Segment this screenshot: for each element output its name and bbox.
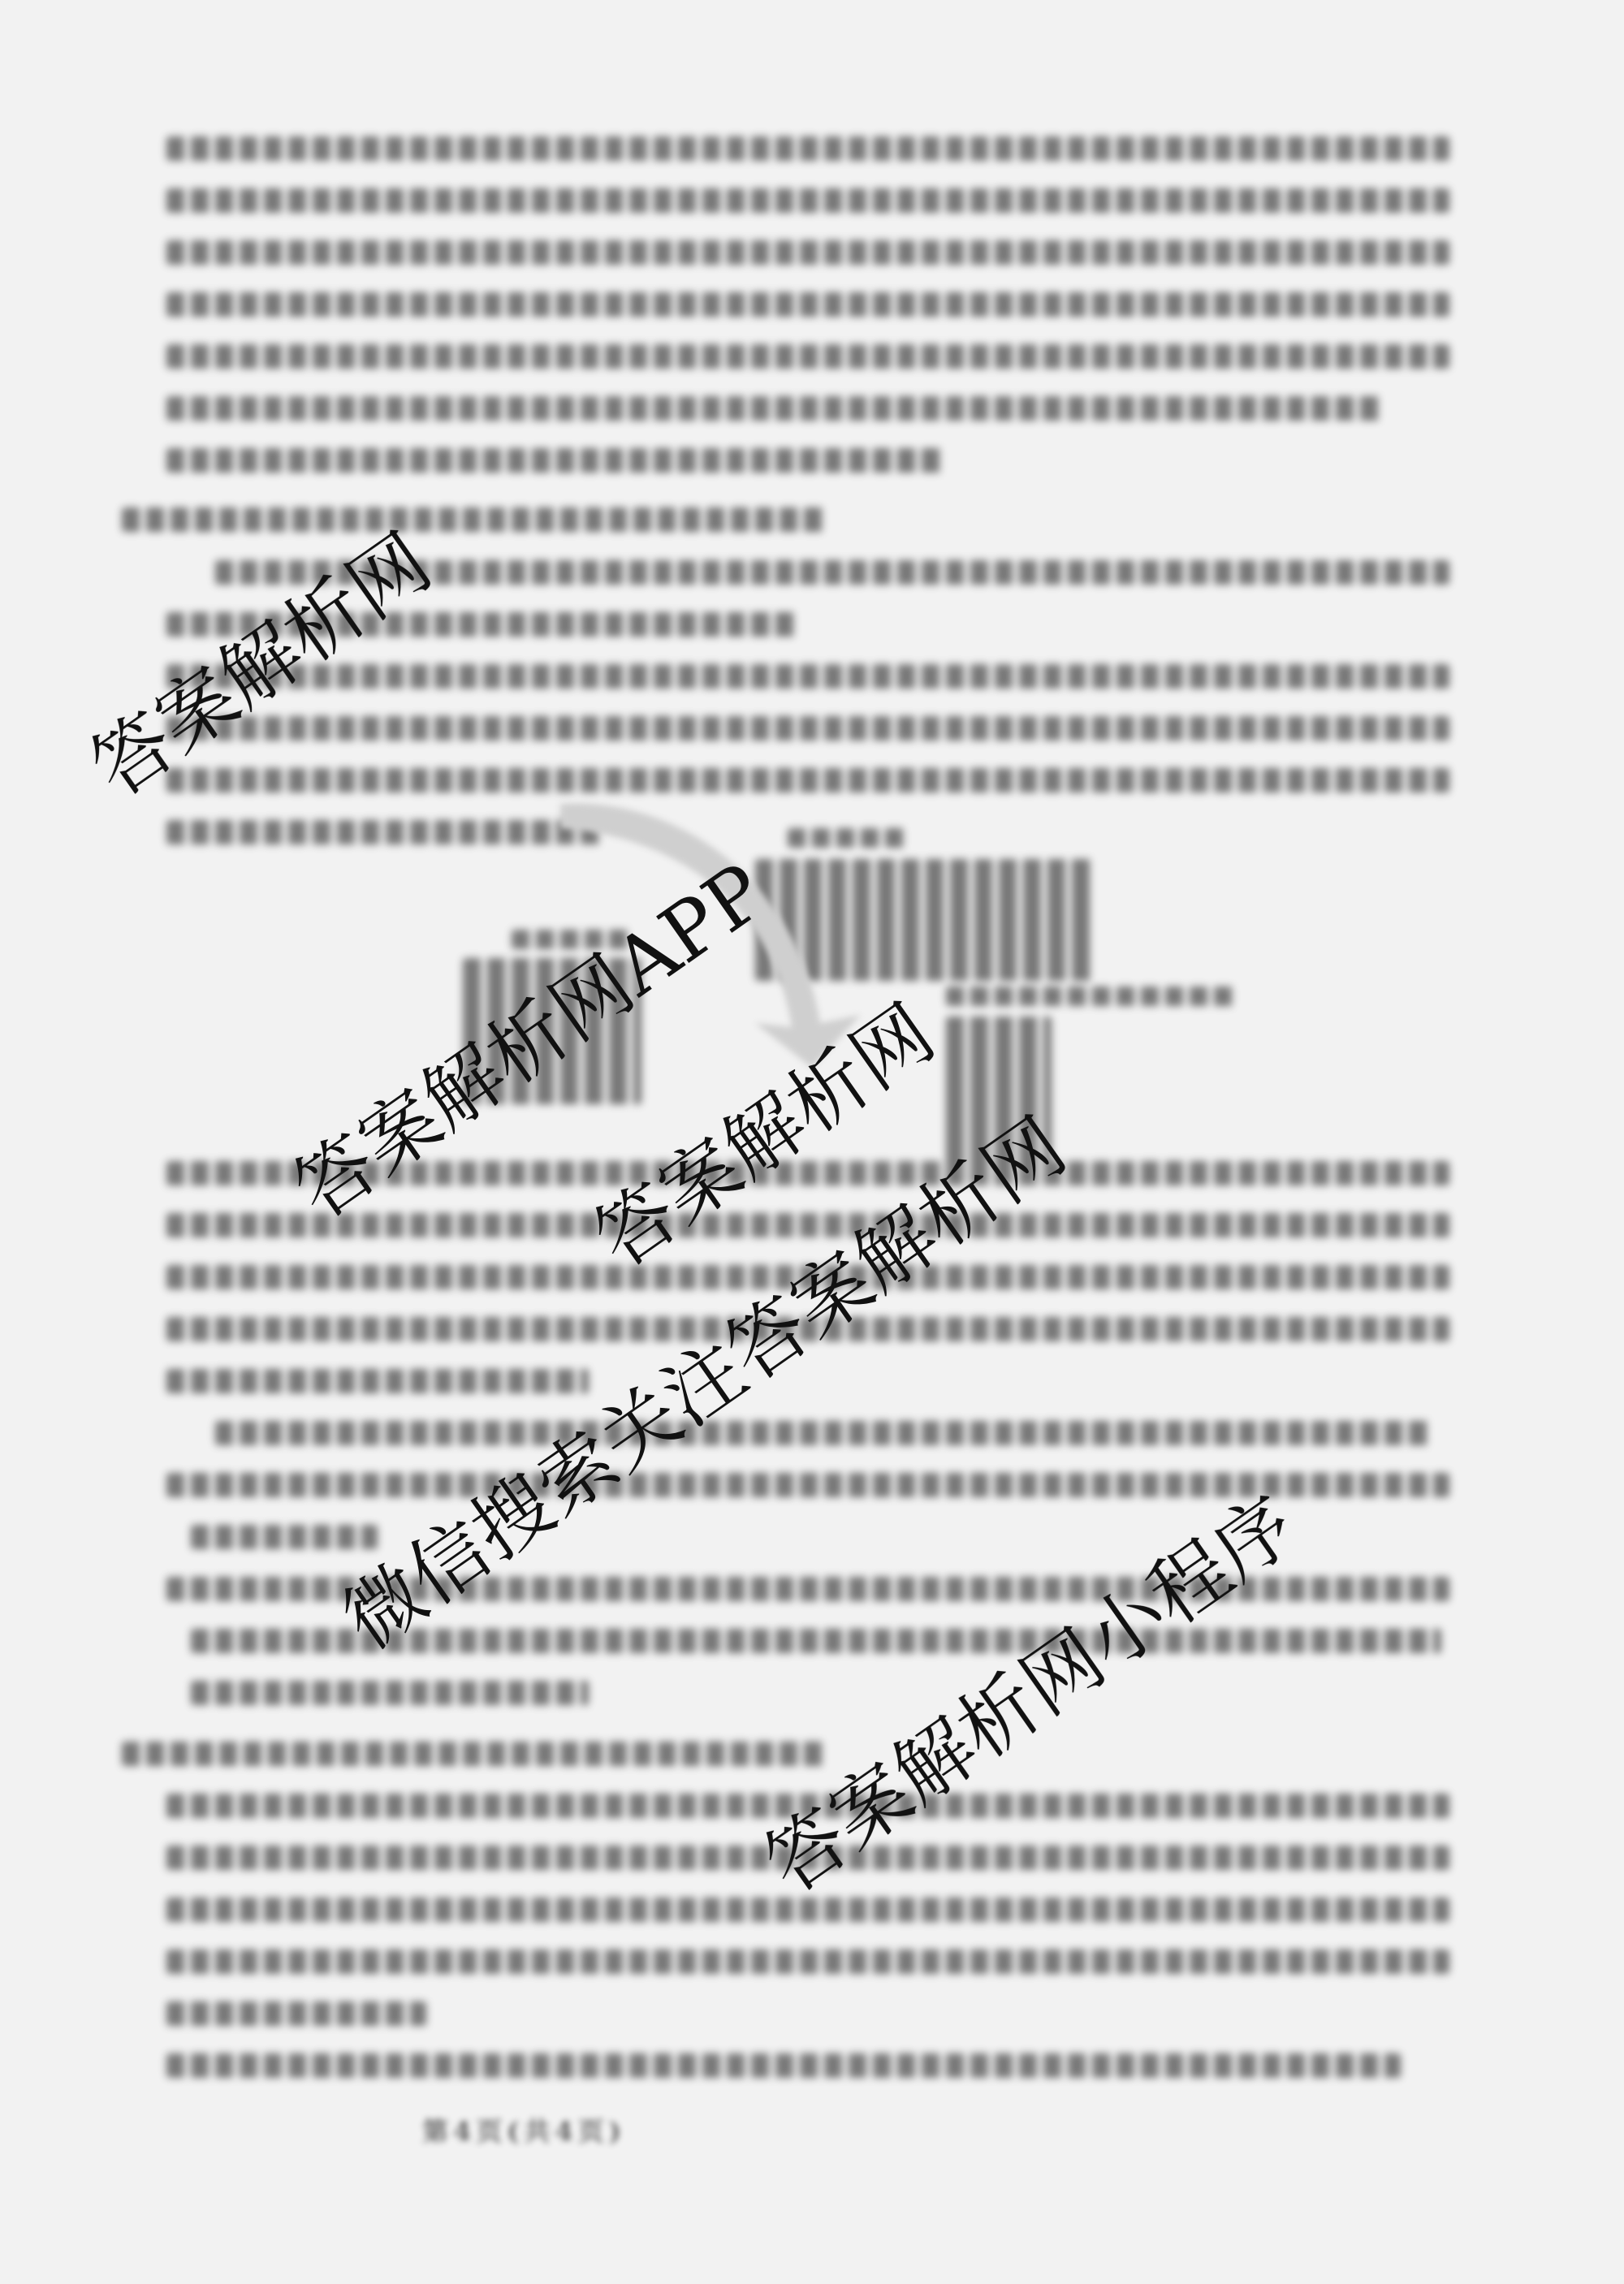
exam-page: 第4页(共4页) 答案解析网 答案解析网APP 答案解析网 微信搜索关注答案解析… <box>0 0 1624 2284</box>
page-footer: 第4页(共4页) <box>422 2111 626 2148</box>
